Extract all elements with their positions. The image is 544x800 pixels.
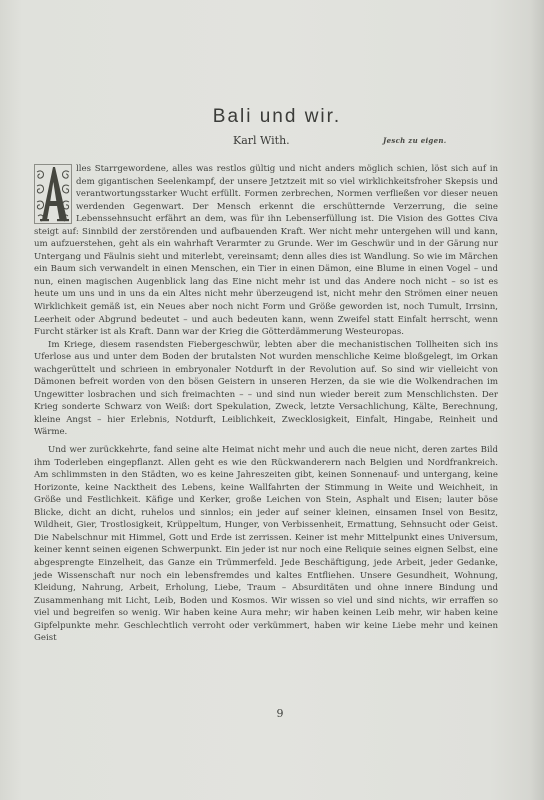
paragraph-2: Im Kriege, diesem rasendsten Fiebergesch… [34, 339, 498, 439]
handwritten-dedication: Jesch zu eigen. [383, 136, 446, 145]
paragraph-3: Und wer zurückkehrte, fand seine alte He… [34, 444, 498, 645]
page-number: 9 [0, 707, 544, 720]
ornamental-initial-a-icon [34, 164, 72, 224]
paragraph-1: lles Starrgewordene, alles was restlos g… [34, 163, 498, 339]
article-title: Bali und wir. [0, 106, 544, 128]
article-body: lles Starrgewordene, alles was restlos g… [34, 163, 498, 645]
article-author: Karl With. [233, 134, 290, 147]
book-page: Bali und wir. Karl With. Jesch zu eigen. [0, 0, 544, 800]
